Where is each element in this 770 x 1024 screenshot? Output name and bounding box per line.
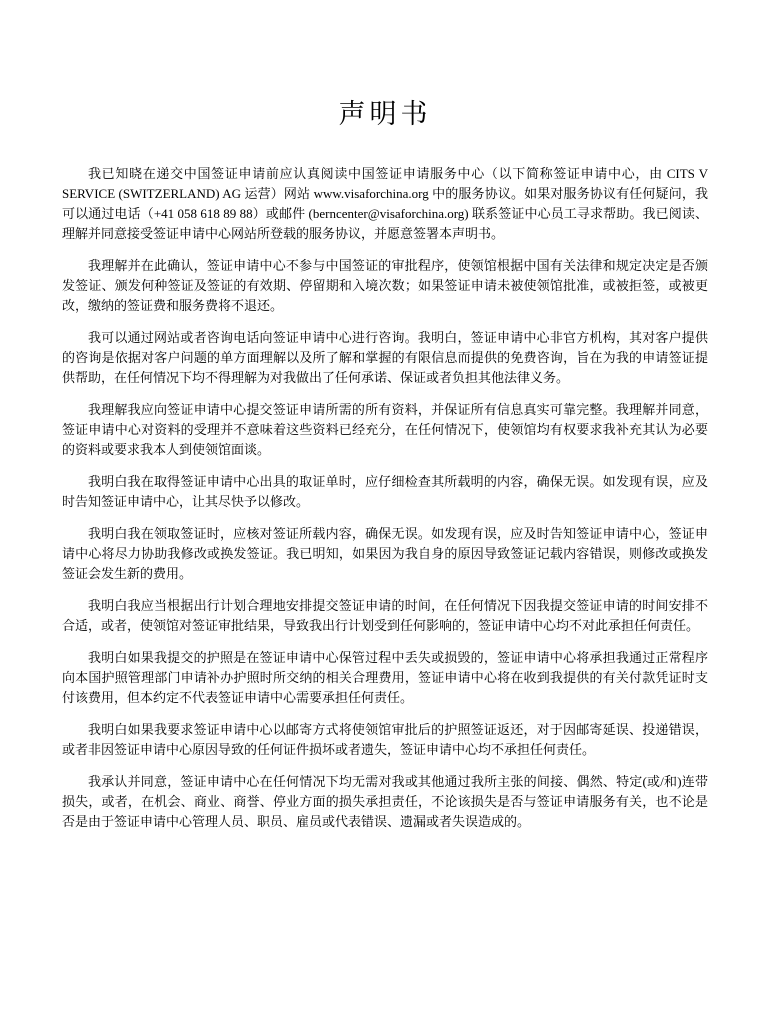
declaration-paragraph-8: 我明白如果我提交的护照是在签证申请中心保管过程中丢失或损毁的，签证申请中心将承担… <box>62 648 708 708</box>
declaration-document-page: 声明书 我已知晓在递交中国签证申请前应认真阅读中国签证申请服务中心（以下简称签证… <box>0 0 770 1024</box>
document-title: 声明书 <box>62 97 708 132</box>
declaration-paragraph-3: 我可以通过网站或者咨询电话向签证申请中心进行咨询。我明白，签证申请中心非官方机构… <box>62 328 708 388</box>
declaration-paragraph-6: 我明白我在领取签证时，应核对签证所载内容，确保无误。如发现有误，应及时告知签证申… <box>62 524 708 584</box>
declaration-paragraph-1: 我已知晓在递交中国签证申请前应认真阅读中国签证申请服务中心（以下简称签证申请中心… <box>62 164 708 244</box>
declaration-paragraph-2: 我理解并在此确认，签证申请中心不参与中国签证的审批程序，使领馆根据中国有关法律和… <box>62 256 708 316</box>
declaration-paragraph-5: 我明白我在取得签证申请中心出具的取证单时，应仔细检查其所载明的内容，确保无误。如… <box>62 472 708 512</box>
declaration-paragraph-10: 我承认并同意，签证申请中心在任何情况下均无需对我或其他通过我所主张的间接、偶然、… <box>62 772 708 832</box>
declaration-paragraph-4: 我理解我应向签证申请中心提交签证申请所需的所有资料，并保证所有信息真实可靠完整。… <box>62 400 708 460</box>
declaration-paragraph-7: 我明白我应当根据出行计划合理地安排提交签证申请的时间，在任何情况下因我提交签证申… <box>62 596 708 636</box>
declaration-paragraph-9: 我明白如果我要求签证申请中心以邮寄方式将使领馆审批后的护照签证返还，对于因邮寄延… <box>62 720 708 760</box>
